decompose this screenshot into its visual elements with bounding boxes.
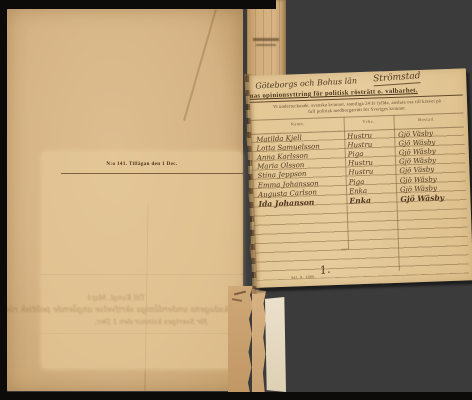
table-cell: Piga: [349, 177, 365, 186]
table-cell: Stina Jeppson: [257, 170, 306, 180]
frame-edge-top: [0, 0, 276, 9]
petition-form: Göteborgs och Bohus län Strömstad nas op…: [247, 68, 472, 288]
ink-smudge: [234, 291, 246, 296]
ink-smudge: [256, 44, 276, 46]
bleed-through-handwriting: Till Kungl. Maj:t Riksdagens underdåniga…: [15, 287, 241, 339]
table-cell: Gjö Wäsby: [399, 147, 436, 157]
table-cell: Gjö Wäsby: [398, 138, 435, 147]
table-cell: Hustru: [348, 168, 373, 177]
table-cell: Gjö Wäsby: [400, 193, 444, 204]
ink-smudge: [232, 298, 242, 302]
torn-paper-strip: [228, 286, 253, 396]
inset-caption-text: N:o 141. Tillägan den 1 Dec.: [67, 162, 217, 167]
table-cell: Gjö Wäsby: [400, 184, 437, 194]
table-cell: Hustru: [347, 131, 372, 140]
handwritten-tally-mark: 1.: [319, 263, 332, 278]
table-cell: Enka: [349, 186, 367, 195]
frame-edge-bottom: [0, 392, 472, 400]
table-body: Matilda KjellHustruGjö VäsbyLotta Samuel…: [247, 68, 472, 288]
series-print: Ser. A. 1000.: [291, 275, 316, 280]
frame-edge-left: [0, 0, 7, 400]
ink-smudge: [253, 38, 279, 41]
table-cell: Enka: [349, 196, 371, 206]
bleed-line: för Sveriges kvinnor den 1 Dec.: [95, 317, 207, 328]
table-cell: Piga: [348, 150, 364, 159]
bleed-line: Riksdagens underdåniga skrifvelse angåen…: [0, 304, 237, 315]
caption-rule: [61, 173, 243, 174]
table-cell: Gjö Väsby: [398, 129, 433, 139]
table-cell: Matilda Kjell: [256, 133, 302, 143]
page-corner-fold: [208, 9, 243, 127]
torn-paper-strip: [252, 289, 266, 394]
left-page: N:o 141. Tillägan den 1 Dec. Till Kungl.…: [7, 9, 243, 391]
paper-strip-top: [247, 0, 286, 80]
table-cell: Gjö Wäsby: [400, 175, 437, 184]
torn-paper-strip: [265, 297, 286, 392]
table-cell: Gjö Wäsby: [399, 157, 436, 166]
table-cell: Hustru: [347, 140, 372, 149]
table-cell: Gjö Väsby: [399, 166, 434, 176]
table-cell: Ida Johanson: [258, 198, 314, 209]
bleed-line: Till Kungl. Maj:t: [87, 293, 145, 304]
archival-photo-scan: N:o 141. Tillägan den 1 Dec. Till Kungl.…: [0, 0, 472, 400]
table-cell: Hustru: [348, 159, 373, 168]
frame-notch: [250, 0, 273, 9]
